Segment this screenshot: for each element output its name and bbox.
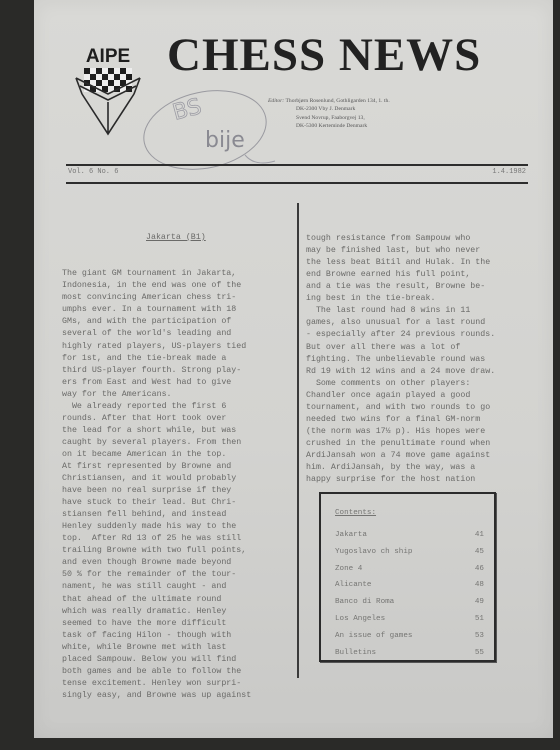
text-line: the lead for a short while, but was	[62, 425, 251, 437]
text-line: and even though Browne made beyond	[62, 557, 251, 569]
text-line: on it became American in the top.	[62, 449, 251, 461]
text-line: the less beat Bitil and Hulak. In the	[306, 257, 495, 269]
text-line: Rd 19 with 12 wins and a 24 move draw.	[306, 366, 495, 378]
text-line: that ahead of the ultimate round	[62, 594, 251, 606]
text-line: Chandler once again played a good	[306, 390, 495, 402]
editor-line: DK-5300 Kerteminde Denmark	[268, 122, 390, 130]
contents-item: An issue of games53	[335, 632, 484, 640]
text-line: placed Sampouw. Below you will find	[62, 654, 251, 666]
masthead-title: CHESS NEWS	[167, 32, 481, 79]
text-line: rounds. After that Hort took over	[62, 413, 251, 425]
text-line: have been no real surprise if they	[62, 485, 251, 497]
text-line: which was really dramatic. Henley	[62, 606, 251, 618]
contents-item-page: 41	[475, 531, 484, 539]
text-line: several of the world's leading and	[62, 328, 251, 340]
text-line: him. ArdiJansah, by the way, was a	[306, 462, 495, 474]
header-rule-top	[66, 164, 528, 166]
text-line: highly rated players, US-players tied	[62, 341, 251, 353]
contents-item: Yugoslavo ch ship45	[335, 548, 484, 556]
text-line: (the norm was 17½ p). His hopes were	[306, 426, 495, 438]
contents-item-page: 49	[475, 598, 484, 606]
text-line: top. After Rd 13 of 25 he was still	[62, 533, 251, 545]
text-line: GMs, and with the participation of	[62, 316, 251, 328]
text-line: crushed in the penultimate round when	[306, 438, 495, 450]
volume-number: Vol. 6 No. 6	[68, 168, 118, 176]
issue-line: Vol. 6 No. 6 1.4.1982	[68, 168, 526, 176]
text-line: nament, he was still caught - and	[62, 581, 251, 593]
contents-item-label: Zone 4	[335, 565, 362, 573]
text-line: The giant GM tournament in Jakarta,	[62, 268, 251, 280]
contents-item: Banco di Roma49	[335, 598, 484, 606]
contents-item-label: Bulletins	[335, 649, 376, 657]
aipe-chessboard-book-logo: AIPE	[72, 42, 144, 138]
text-line: end Browne earned his full point,	[306, 269, 495, 281]
text-line: trailing Browne with two full points,	[62, 545, 251, 557]
text-line: fighting. The unbelievable round was	[306, 354, 495, 366]
text-line: may be finished last, but who never	[306, 245, 495, 257]
text-line: - especially after 24 previous rounds.	[306, 329, 495, 341]
contents-box: Contents: Jakarta41Yugoslavo ch ship45Zo…	[319, 492, 496, 662]
contents-item-page: 46	[475, 565, 484, 573]
text-line: most convincing American chess tri-	[62, 292, 251, 304]
text-line: caught by several players. From then	[62, 437, 251, 449]
header-rule-bottom	[66, 182, 528, 184]
text-line: 50 % for the remainder of the tour-	[62, 569, 251, 581]
text-line: At first represented by Browne and	[62, 461, 251, 473]
article-left-column: Jakarta (B1) The giant GM tournament in …	[62, 208, 251, 714]
logo-text: AIPE	[86, 46, 130, 67]
text-line: both games and be able to follow the	[62, 666, 251, 678]
contents-item-label: Banco di Roma	[335, 598, 394, 606]
editor-block: Editor: Thorbjørn Rosenlund, Gothligarde…	[268, 97, 390, 131]
text-line: tense excitement. Henley won surpri-	[62, 678, 251, 690]
text-line: ing best in the tie-break.	[306, 293, 495, 305]
contents-item-label: Alicante	[335, 581, 371, 589]
text-line: tournament, and with two rounds to go	[306, 402, 495, 414]
text-line: needed two wins for a final GM-norm	[306, 414, 495, 426]
contents-item: Zone 446	[335, 565, 484, 573]
text-line: tough resistance from Sampouw who	[306, 233, 495, 245]
contents-item-page: 53	[475, 632, 484, 640]
text-line: Indonesia, in the end was one of the	[62, 280, 251, 292]
text-line: seemed to have the more difficult	[62, 618, 251, 630]
contents-item: Los Angeles51	[335, 615, 484, 623]
contents-item-page: 48	[475, 581, 484, 589]
contents-title: Contents:	[335, 509, 376, 517]
text-line: stiansen fell behind, and instead	[62, 509, 251, 521]
editor-line: Svend Novrup, Faaborgvej 13,	[268, 114, 390, 122]
text-line: Christiansen, and it would probably	[62, 473, 251, 485]
text-line: But over all there was a lot of	[306, 342, 495, 354]
text-line: The last round had 8 wins in 11	[306, 305, 495, 317]
article-heading: Jakarta (B1)	[62, 232, 251, 244]
article-right-column: tough resistance from Sampouw whomay be …	[306, 209, 495, 498]
editor-line: DK-2300 Vby J. Denmark	[268, 105, 390, 113]
contents-item: Jakarta41	[335, 531, 484, 539]
contents-item-label: Los Angeles	[335, 615, 385, 623]
contents-item-page: 55	[475, 649, 484, 657]
text-line: third US-player fourth. Strong play-	[62, 365, 251, 377]
text-line: We already reported the first 6	[62, 401, 251, 413]
editor-label: Editor:	[268, 98, 284, 104]
text-line: way for the Americans.	[62, 389, 251, 401]
text-line: ers from East and West had to give	[62, 377, 251, 389]
column-divider	[297, 203, 299, 678]
contents-item: Alicante48	[335, 581, 484, 589]
contents-item-page: 45	[475, 548, 484, 556]
text-line: have stuck to their lead. But Chri-	[62, 497, 251, 509]
text-line: Some comments on other players:	[306, 378, 495, 390]
text-line: white, while Browne met with last	[62, 642, 251, 654]
text-line: games, also unusual for a last round	[306, 317, 495, 329]
text-line: happy surprise for the host nation	[306, 474, 495, 486]
contents-item-label: Jakarta	[335, 531, 367, 539]
text-line: ArdiJansah won a 74 move game against	[306, 450, 495, 462]
editor-line: Thorbjørn Rosenlund, Gothligarden 134, 1…	[285, 98, 389, 104]
contents-item-label: An issue of games	[335, 632, 412, 640]
issue-date: 1.4.1982	[492, 168, 526, 176]
text-line: and a tie was the result, Browne be-	[306, 281, 495, 293]
contents-item-label: Yugoslavo ch ship	[335, 548, 412, 556]
text-line: umphs ever. In a tournament with 18	[62, 304, 251, 316]
contents-item: Bulletins55	[335, 649, 484, 657]
text-line: task of facing Hilon - though with	[62, 630, 251, 642]
text-line: Henley suddenly made his way to the	[62, 521, 251, 533]
text-line: for 1st, and the tie-break made a	[62, 353, 251, 365]
contents-item-page: 51	[475, 615, 484, 623]
text-line: singly easy, and Browne was up against	[62, 690, 251, 702]
